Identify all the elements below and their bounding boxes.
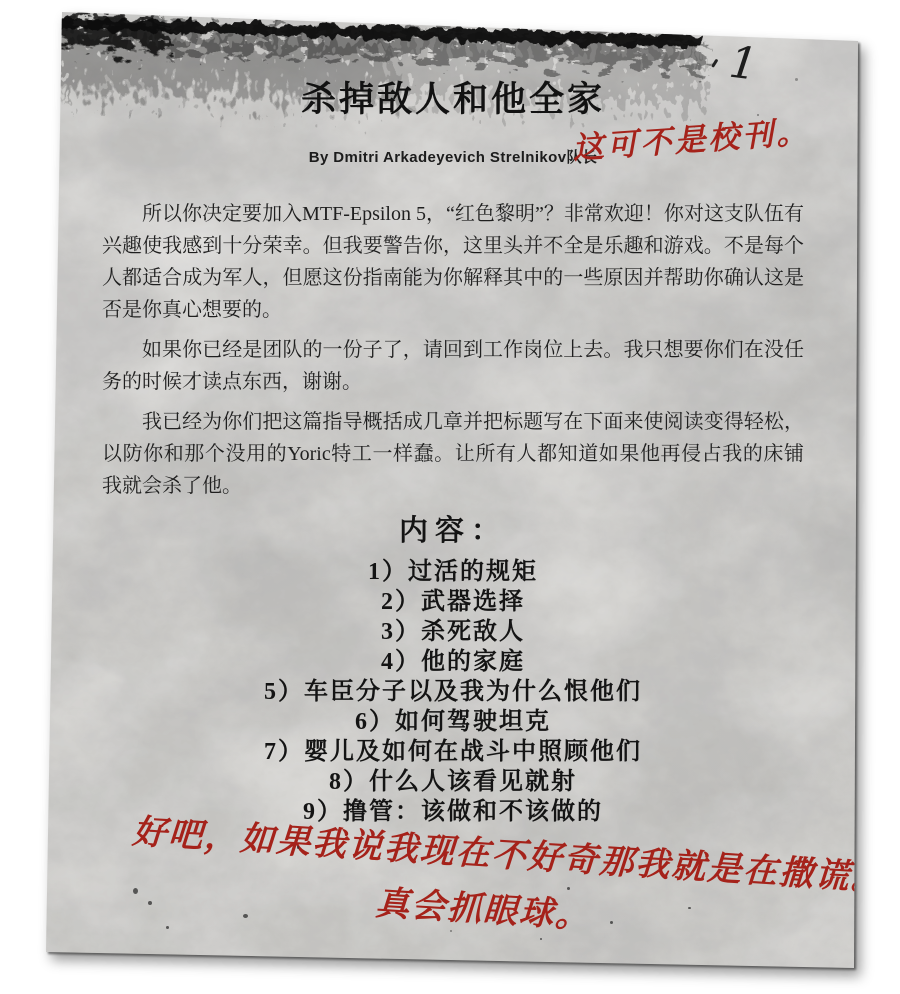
toc-item-7: 7）婴儿及如何在战斗中照顾他们 — [102, 737, 804, 767]
ink-speck — [450, 930, 452, 932]
ink-speck — [166, 926, 169, 929]
table-of-contents: 内容： 1）过活的规矩 2）武器选择 3）杀死敌人 4）他的家庭 5）车臣分子以… — [102, 508, 804, 827]
body-paragraphs: 所以你决定要加入MTF-Epsilon 5，“红色黎明”？非常欢迎！你对这支队伍… — [102, 198, 804, 510]
ink-speck — [688, 907, 691, 909]
paper-sheet: 1 杀掉敌人和他全家 By Dmitri Arkadeyevich Streln… — [0, 0, 900, 994]
toc-item-1: 1）过活的规矩 — [102, 557, 804, 587]
ink-speck — [757, 114, 759, 116]
toc-item-2: 2）武器选择 — [102, 587, 804, 617]
ink-speck — [148, 901, 152, 905]
ink-speck — [795, 78, 798, 81]
toc-heading: 内容： — [102, 508, 804, 549]
toc-item-5: 5）车臣分子以及我为什么恨他们 — [102, 677, 804, 707]
paragraph-team-members: 如果你已经是团队的一份子了，请回到工作岗位上去。我只想要你们在没任务的时候才读点… — [102, 334, 804, 398]
toc-item-8: 8）什么人该看见就射 — [102, 767, 804, 797]
ink-speck — [610, 921, 613, 924]
paper-sheet-shadow: 1 杀掉敌人和他全家 By Dmitri Arkadeyevich Streln… — [0, 0, 900, 994]
ink-speck — [297, 846, 299, 849]
red-annotation-bottom: 好吧，如果我说我现在不好奇那我就是在撒谎。 真会抓眼球。 — [127, 804, 843, 960]
toc-item-3: 3）杀死敌人 — [102, 617, 804, 647]
toc-item-6: 6）如何驾驶坦克 — [102, 707, 804, 737]
pen-tick-mark — [711, 59, 718, 68]
ink-speck — [567, 887, 570, 890]
scanned-document: 1 杀掉敌人和他全家 By Dmitri Arkadeyevich Streln… — [0, 0, 900, 994]
toc-item-4: 4）他的家庭 — [102, 647, 804, 677]
ink-speck — [243, 914, 248, 918]
paragraph-intro: 所以你决定要加入MTF-Epsilon 5，“红色黎明”？非常欢迎！你对这支队伍… — [102, 198, 804, 326]
ink-speck — [540, 938, 542, 940]
paragraph-chapters: 我已经为你们把这篇指导概括成几章并把标题写在下面来使阅读变得轻松，以防你和那个没… — [102, 406, 804, 502]
ink-speck — [133, 888, 138, 894]
